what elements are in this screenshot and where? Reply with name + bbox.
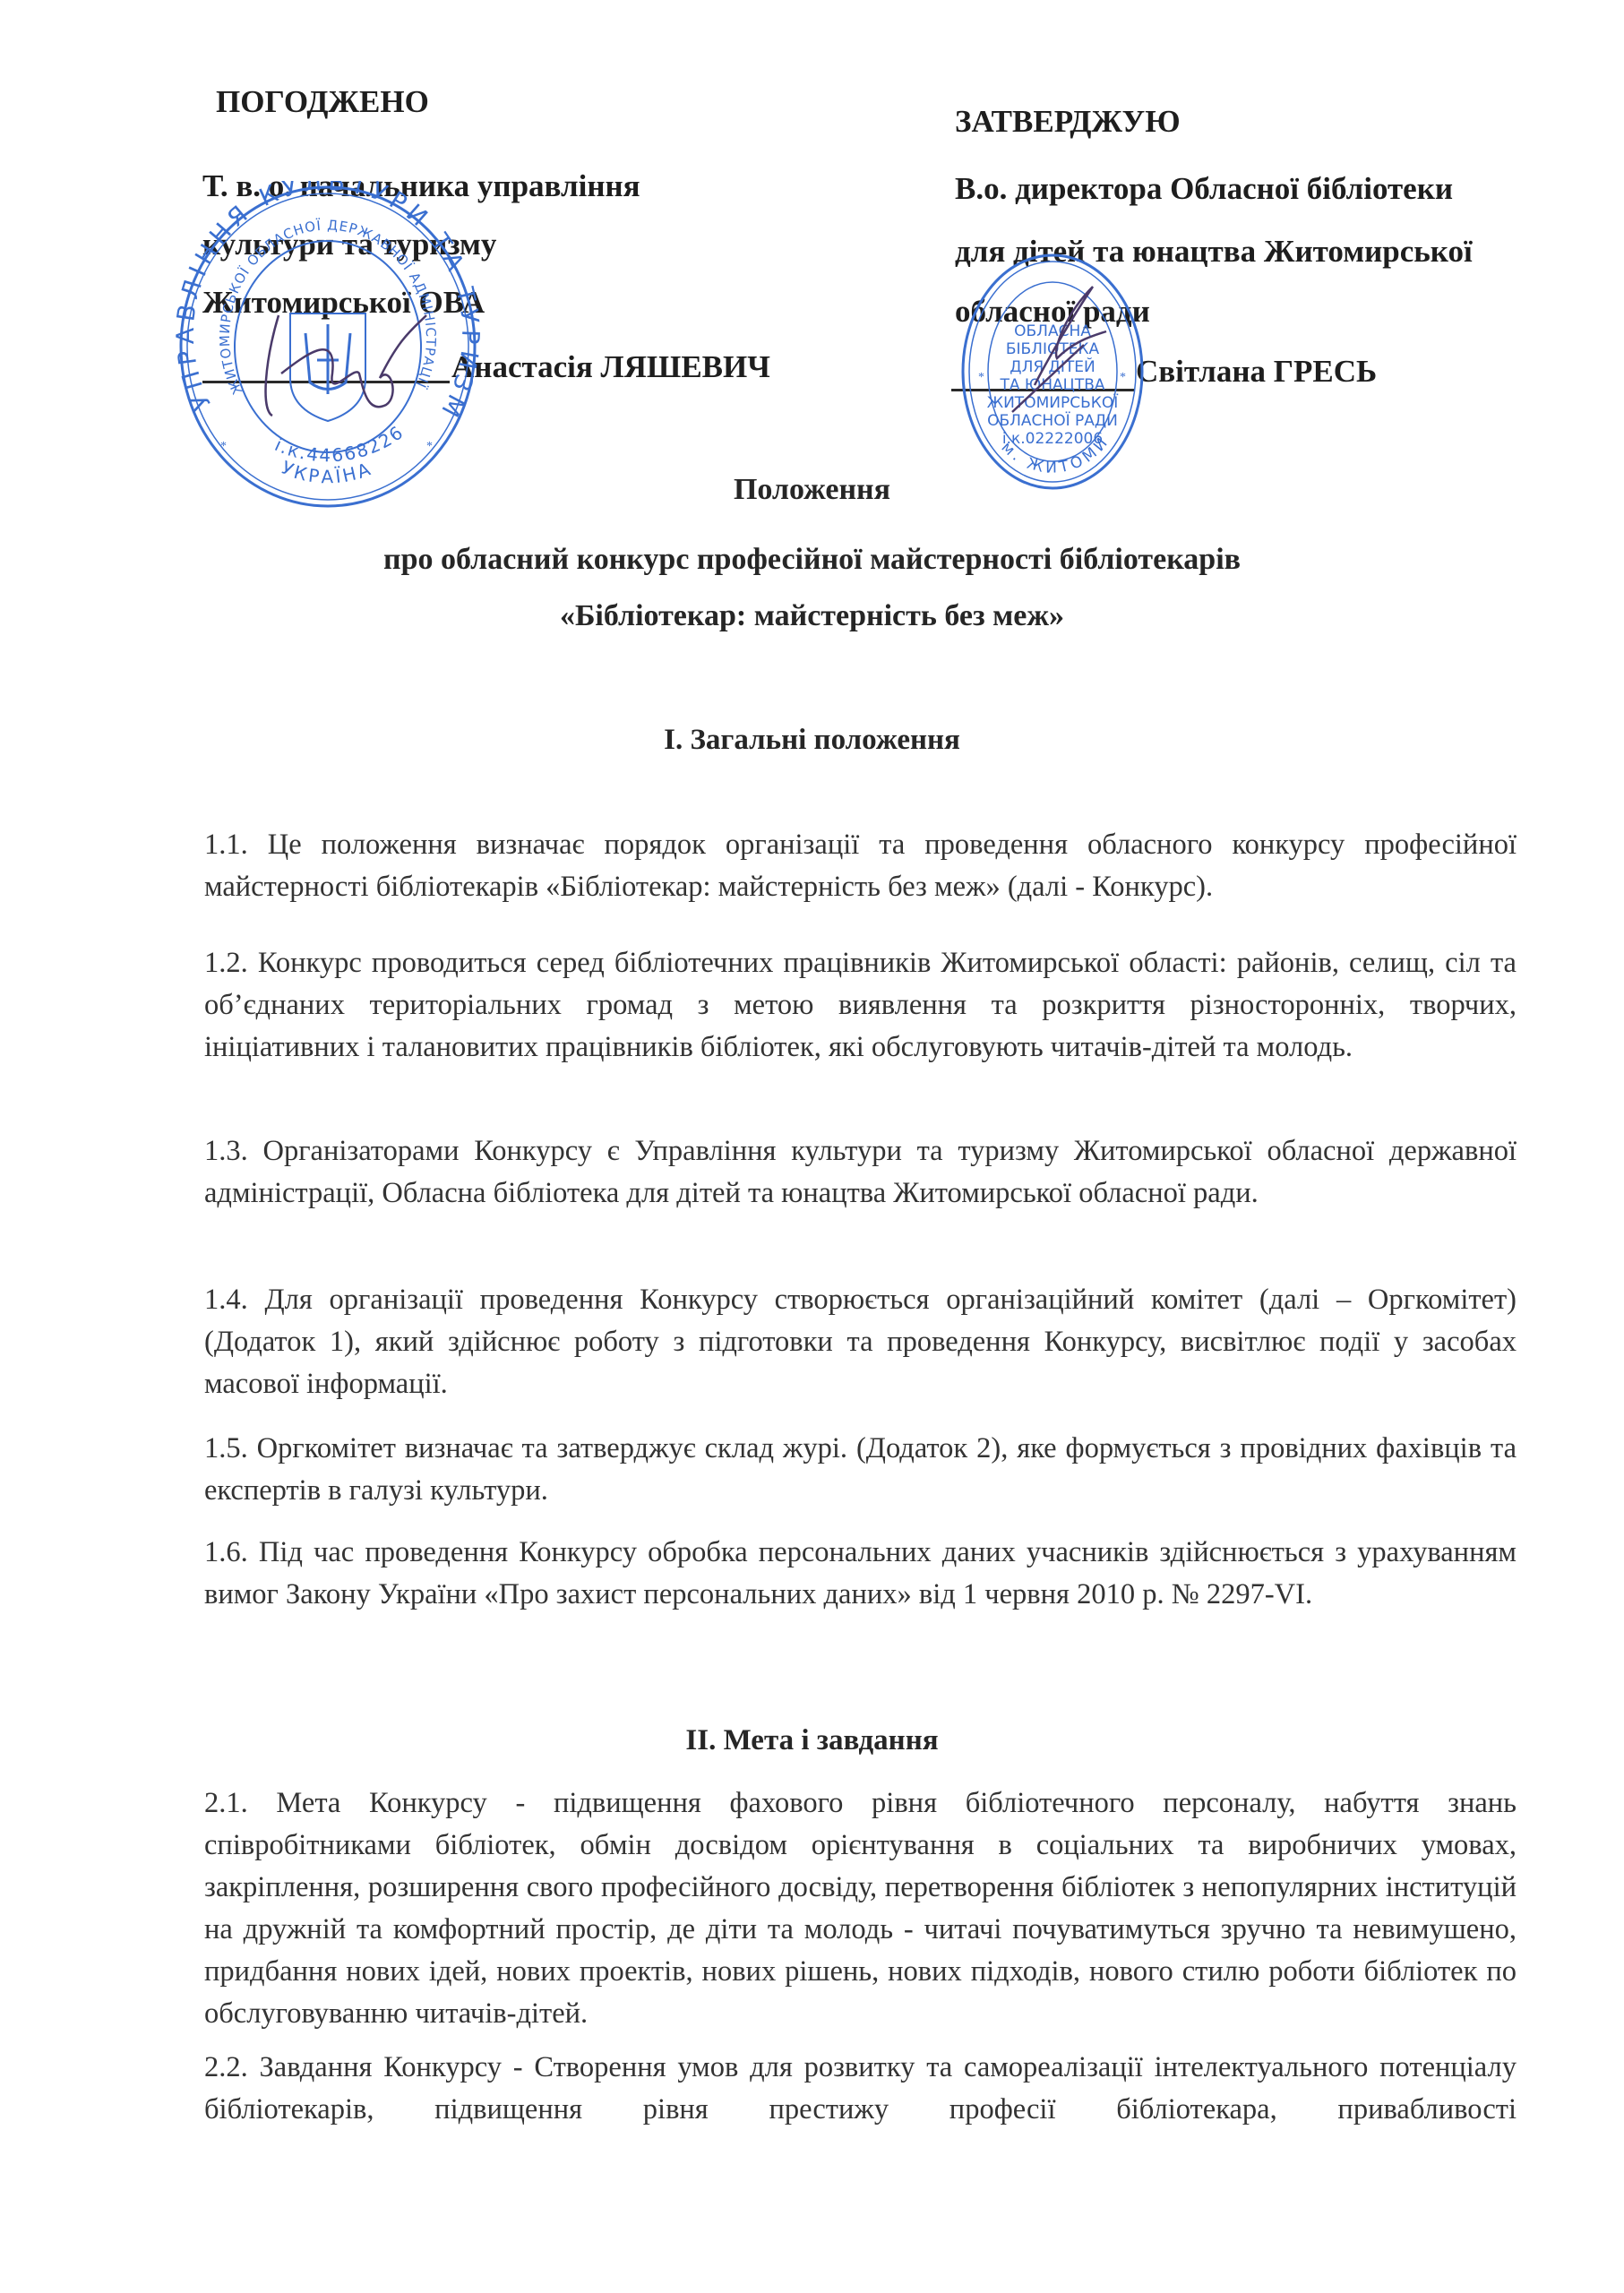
paragraph-2-1: 2.1. Мета Конкурсу - підвищення фахового… xyxy=(204,1782,1517,2035)
contest-name: «Бібліотекар: майстерність без меж» xyxy=(0,599,1624,633)
approval-right-line-1: В.о. директора Обласної бібліотеки xyxy=(955,173,1453,204)
svg-text:*: * xyxy=(426,440,433,453)
svg-text:БІБЛІОТЕКА: БІБЛІОТЕКА xyxy=(1006,340,1100,358)
svg-text:ТА ЮНАЦТВА: ТА ЮНАЦТВА xyxy=(999,376,1104,394)
svg-text:*: * xyxy=(220,440,227,453)
svg-text:ОБЛАСНА: ОБЛАСНА xyxy=(1014,322,1091,340)
approval-left-signatory: Анастасія ЛЯШЕВИЧ xyxy=(451,351,770,382)
paragraph-2-2: 2.2. Завдання Конкурсу - Створення умов … xyxy=(204,2047,1517,2131)
official-stamp-left: УПРАВЛІННЯ КУЛЬТУРИ ТА ТУРИЗМУ ЖИТОМИРСЬ… xyxy=(176,181,480,512)
paragraph-1-5: 1.5. Оргкомітет визначає та затверджує с… xyxy=(204,1428,1517,1512)
section-heading-1: І. Загальні положення xyxy=(0,724,1624,757)
document-type-title: Положення xyxy=(0,473,1624,507)
paragraph-1-3: 1.3. Організаторами Конкурсу є Управлінн… xyxy=(204,1130,1517,1215)
paragraph-1-1: 1.1. Це положення визначає порядок орган… xyxy=(204,824,1517,908)
paragraph-1-6: 1.6. Під час проведення Конкурсу обробка… xyxy=(204,1532,1517,1616)
paragraph-1-2: 1.2. Конкурс проводиться серед бібліотеч… xyxy=(204,942,1517,1069)
svg-text:*: * xyxy=(1120,371,1126,384)
document-subtitle: про обласний конкурс професійної майстер… xyxy=(0,543,1624,577)
svg-text:і.к.02222006: і.к.02222006 xyxy=(1002,430,1103,448)
svg-text:*: * xyxy=(978,371,984,384)
svg-text:ОБЛАСНОЇ РАДИ: ОБЛАСНОЇ РАДИ xyxy=(987,411,1118,430)
approval-right-signatory: Світлана ГРЕСЬ xyxy=(1136,356,1377,387)
approval-right-heading: ЗАТВЕРДЖУЮ xyxy=(955,106,1181,137)
paragraph-1-4: 1.4. Для організації проведення Конкурсу… xyxy=(204,1279,1517,1405)
official-stamp-right: ОБЛАСНА БІБЛІОТЕКА ДЛЯ ДІТЕЙ ТА ЮНАЦТВА … xyxy=(958,251,1147,493)
approval-left-heading: ПОГОДЖЕНО xyxy=(216,86,429,117)
section-heading-2: ІІ. Мета і завдання xyxy=(0,1724,1624,1757)
svg-text:ЖИТОМИРСЬКОЇ: ЖИТОМИРСЬКОЇ xyxy=(987,393,1118,412)
